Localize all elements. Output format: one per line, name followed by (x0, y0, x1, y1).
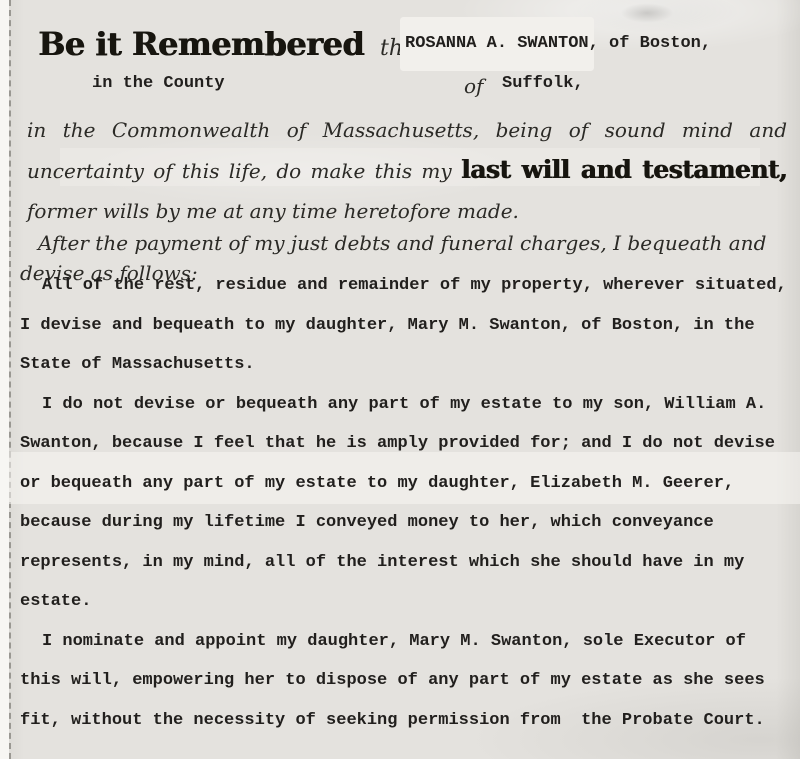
testator-name: ROSANNA A. SWANTON (405, 22, 589, 66)
typed-line: All of the rest, residue and remainder o… (20, 266, 800, 306)
will-document-page: Be it Remembered that I, ROSANNA A. SWAN… (0, 0, 800, 759)
testator-residence: , of Boston, (589, 22, 711, 66)
typed-line: fit, without the necessity of seeking pe… (20, 701, 800, 741)
testator-name-line: ROSANNA A. SWANTON, of Boston, (405, 22, 711, 66)
be-it-remembered-heading: Be it Remembered (38, 22, 364, 66)
scan-left-edge (0, 0, 9, 759)
typed-line: I nominate and appoint my daughter, Mary… (20, 622, 800, 662)
typed-line: estate. (20, 582, 800, 622)
former-wills-clause: former wills by me at any time heretofor… (27, 199, 519, 223)
uncertainty-clause: uncertainty of this life, do make this m… (27, 159, 452, 183)
form-paragraph-line-3: former wills by me at any time heretofor… (27, 196, 787, 226)
typed-line: represents, in my mind, all of the inter… (20, 543, 800, 583)
typed-line: State of Massachusetts. (20, 345, 800, 385)
typed-line: Swanton, because I feel that he is amply… (20, 424, 800, 464)
binding-edge-line (9, 0, 11, 759)
county-line: in the County of Suffolk, (0, 74, 800, 100)
typed-line: this will, empowering her to dispose of … (20, 661, 800, 701)
opening-clause: Be it Remembered that I, (38, 22, 448, 66)
of-form-text: of (464, 74, 483, 98)
typed-line: I devise and bequeath to my daughter, Ma… (20, 306, 800, 346)
typewritten-bequest-text: All of the rest, residue and remainder o… (20, 266, 800, 740)
typed-line: because during my lifetime I conveyed mo… (20, 503, 800, 543)
in-the-county-text: in the County (92, 74, 225, 93)
typed-line: I do not devise or bequeath any part of … (20, 385, 800, 425)
form-paragraph-line-2: uncertainty of this life, do make this m… (27, 148, 787, 198)
county-name: Suffolk, (502, 74, 584, 93)
last-will-and-testament-heading: last will and testament, (461, 155, 787, 184)
typed-line: or bequeath any part of my estate to my … (20, 464, 800, 504)
